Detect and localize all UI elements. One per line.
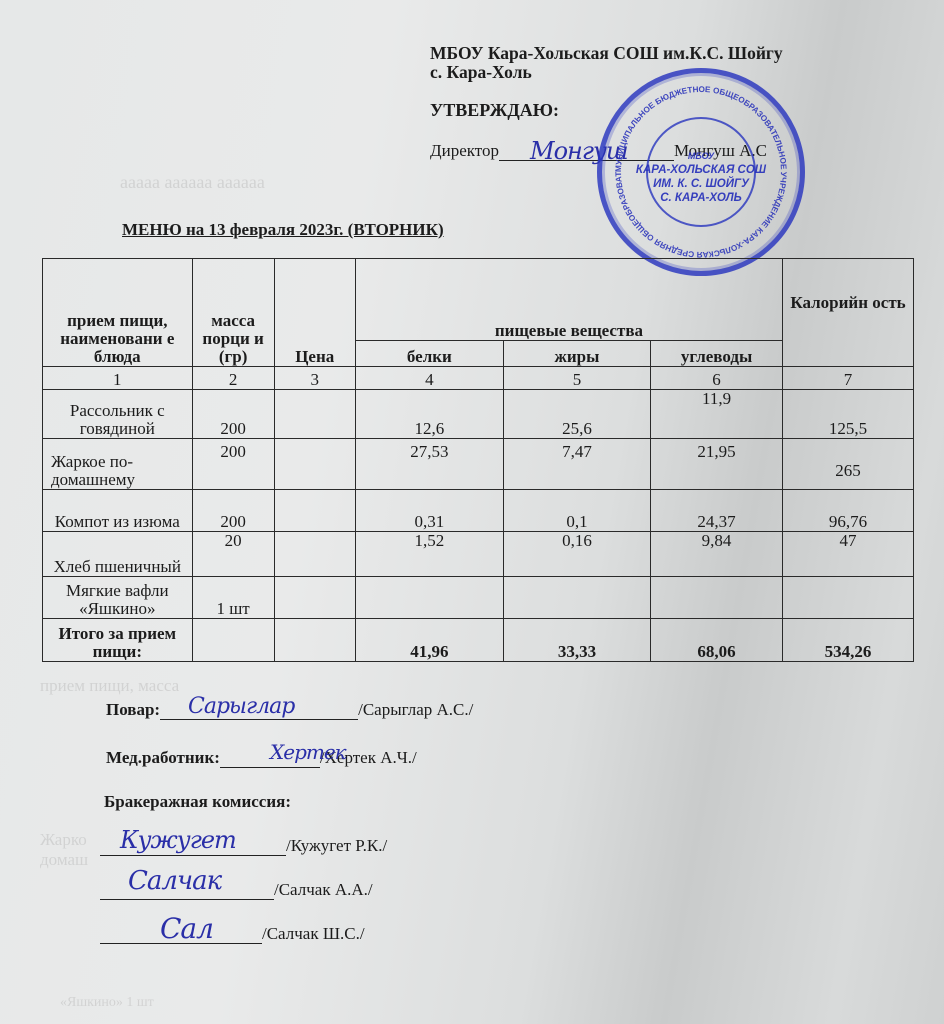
total-calories: 534,26 [783, 619, 914, 662]
dish-calories: 265 [783, 439, 914, 490]
table-row: Хлеб пшеничный 20 1,52 0,16 9,84 47 [43, 532, 914, 577]
header-fats: жиры [503, 340, 650, 367]
dish-calories: 96,76 [783, 490, 914, 532]
dish-fats: 7,47 [503, 439, 650, 490]
commission-member-name: /Салчак Ш.С./ [262, 924, 365, 944]
cook-handwritten-signature: Сарыглар [188, 694, 294, 719]
dish-mass: 20 [192, 532, 274, 577]
commission-handwritten-signature: Кужугет [120, 826, 236, 854]
dish-fats: 0,1 [503, 490, 650, 532]
bleed-through-text: Жаркодомаш [40, 830, 88, 870]
total-price [274, 619, 355, 662]
table-row: Мягкие вафли «Яшкино» 1 шт [43, 577, 914, 619]
table-header-row: прием пищи, наименовани е блюда масса по… [43, 259, 914, 341]
dish-price [274, 390, 355, 439]
dish-carbs: 21,95 [651, 439, 783, 490]
stamp-line: С. КАРА-ХОЛЬ [602, 191, 800, 205]
menu-title: МЕНЮ на 13 февраля 2023г. (ВТОРНИК) [122, 220, 444, 240]
dish-calories [783, 577, 914, 619]
director-label: Директор [430, 141, 499, 161]
bleed-through-text: «Яшкино» 1 шт [60, 995, 154, 1011]
total-proteins: 41,96 [355, 619, 503, 662]
stamp-center-text: МБОУ КАРА-ХОЛЬСКАЯ СОШ ИМ. К. С. ШОЙГУ С… [602, 149, 800, 205]
dish-price [274, 490, 355, 532]
header-mass: масса порци и (гр) [192, 259, 274, 367]
total-mass [192, 619, 274, 662]
dish-mass: 1 шт [192, 577, 274, 619]
total-fats: 33,33 [503, 619, 650, 662]
medic-signature-row: Мед.работник: /Хертек А.Ч./ [106, 748, 417, 768]
header-proteins: белки [355, 340, 503, 367]
table-row: Компот из изюма 200 0,31 0,1 24,37 96,76 [43, 490, 914, 532]
column-numbers-row: 1 2 3 4 5 6 7 [43, 367, 914, 390]
dish-calories: 125,5 [783, 390, 914, 439]
table-total-row: Итого за прием пищи: 41,96 33,33 68,06 5… [43, 619, 914, 662]
dish-price [274, 532, 355, 577]
table-row: Жаркое по-домашнему 200 27,53 7,47 21,95… [43, 439, 914, 490]
commission-member-name: /Салчак А.А./ [274, 880, 373, 900]
dish-carbs: 24,37 [651, 490, 783, 532]
dish-name: Рассольник с говядиной [43, 390, 193, 439]
column-number: 4 [355, 367, 503, 390]
dish-carbs: 11,9 [651, 390, 783, 439]
dish-name: Мягкие вафли «Яшкино» [43, 577, 193, 619]
dish-fats [503, 577, 650, 619]
column-number: 1 [43, 367, 193, 390]
stamp-line: КАРА-ХОЛЬСКАЯ СОШ [602, 163, 800, 177]
dish-name: Компот из изюма [43, 490, 193, 532]
dish-fats: 25,6 [503, 390, 650, 439]
cook-label: Повар: [106, 700, 160, 720]
organization-name: МБОУ Кара-Хольская СОШ им.К.С. Шойгу [430, 44, 783, 63]
header-price: Цена [274, 259, 355, 367]
commission-handwritten-signature: Сал [160, 912, 213, 945]
dish-mass: 200 [192, 390, 274, 439]
dish-price [274, 439, 355, 490]
total-carbs: 68,06 [651, 619, 783, 662]
table-row: Рассольник с говядиной 200 12,6 25,6 11,… [43, 390, 914, 439]
dish-calories: 47 [783, 532, 914, 577]
approve-label: УТВЕРЖДАЮ: [430, 100, 559, 121]
dish-carbs: 9,84 [651, 532, 783, 577]
stamp-line: ИМ. К. С. ШОЙГУ [602, 177, 800, 191]
stamp-line: МБОУ [602, 149, 800, 163]
dish-name: Хлеб пшеничный [43, 532, 193, 577]
commission-signature-row: /Салчак Ш.С./ [100, 924, 365, 944]
commission-label: Бракеражная комиссия: [104, 792, 291, 812]
dish-mass: 200 [192, 439, 274, 490]
dish-proteins: 1,52 [355, 532, 503, 577]
cook-name: /Сарыглар А.С./ [358, 700, 473, 720]
column-number: 3 [274, 367, 355, 390]
bleed-through-text: ааааа аааааа аааааа [120, 172, 265, 193]
dish-carbs [651, 577, 783, 619]
column-number: 6 [651, 367, 783, 390]
commission-member-name: /Кужугет Р.К./ [286, 836, 387, 856]
dish-mass: 200 [192, 490, 274, 532]
header-calories: Калорийн ость [783, 259, 914, 367]
column-number: 7 [783, 367, 914, 390]
dish-proteins: 27,53 [355, 439, 503, 490]
dish-fats: 0,16 [503, 532, 650, 577]
official-stamp: МУНИЦИПАЛЬНОЕ БЮДЖЕТНОЕ ОБЩЕОБРАЗОВАТЕЛЬ… [597, 68, 805, 276]
bleed-through-text: прием пищи, масса [40, 676, 179, 696]
column-number: 5 [503, 367, 650, 390]
dish-name: Жаркое по-домашнему [43, 439, 193, 490]
column-number: 2 [192, 367, 274, 390]
menu-table: прием пищи, наименовани е блюда масса по… [42, 258, 914, 662]
medic-handwritten-signature: Хертек [270, 740, 346, 764]
header-carbs: углеводы [651, 340, 783, 367]
dish-proteins: 0,31 [355, 490, 503, 532]
dish-proteins [355, 577, 503, 619]
total-label: Итого за прием пищи: [43, 619, 193, 662]
dish-proteins: 12,6 [355, 390, 503, 439]
medic-label: Мед.работник: [106, 748, 220, 768]
header-nutrients: пищевые вещества [355, 259, 782, 341]
dish-price [274, 577, 355, 619]
commission-handwritten-signature: Салчак [128, 866, 221, 896]
header-dish: прием пищи, наименовани е блюда [43, 259, 193, 367]
